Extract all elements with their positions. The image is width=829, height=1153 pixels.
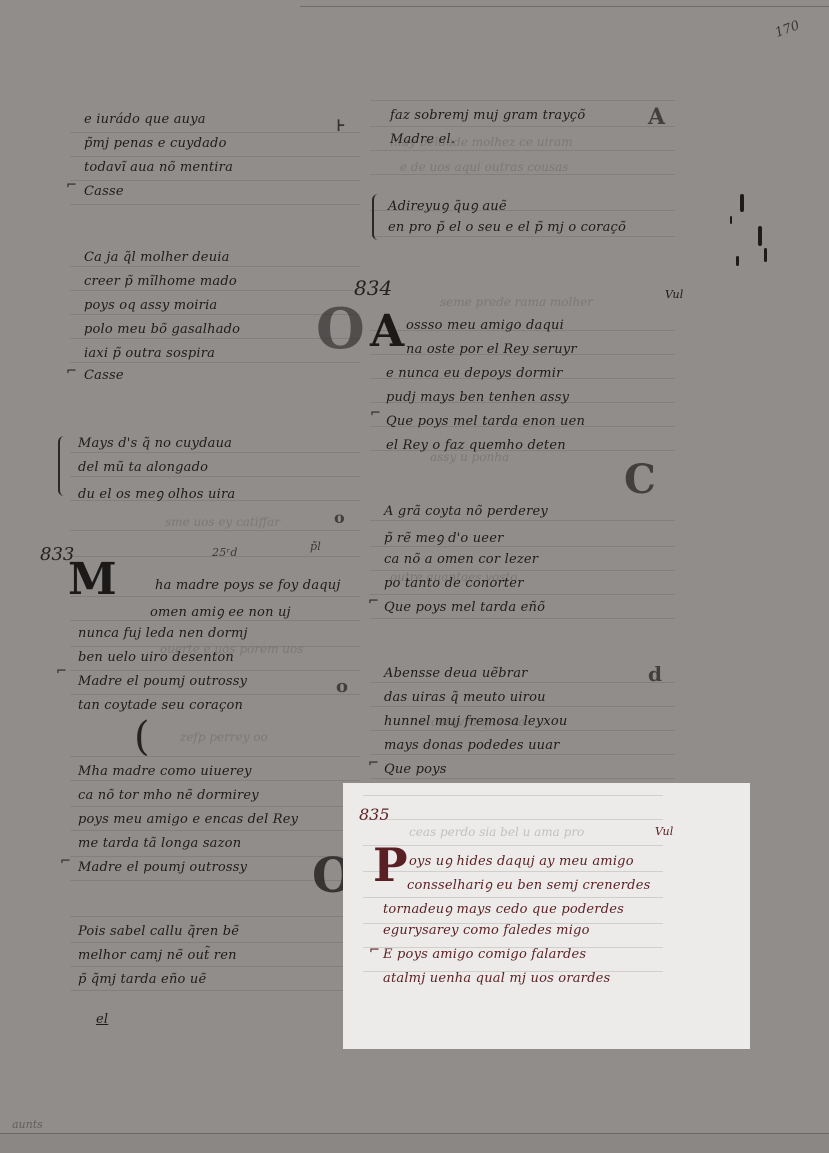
ruling-line: [370, 546, 675, 547]
ruling-line: [70, 670, 360, 671]
paragraph-mark-icon: ⌐: [369, 943, 380, 958]
verse-line: del mũ ta alongado: [78, 460, 208, 475]
guide-letter-mark: (: [134, 714, 150, 760]
bleed-through-text: sme uos ey catiffar: [165, 515, 280, 529]
verse-line: das uiras q̃ meuto uirou: [384, 690, 546, 705]
verse-line: du el os meꝯ olhos uira: [78, 484, 235, 502]
decorated-initial-letter: P: [373, 841, 408, 889]
ruling-line: [70, 780, 360, 781]
highlighted-poem-region: 835 ceas perdo sia bel u ama pro Vul P o…: [343, 783, 750, 1049]
verse-line: Pois sabel callu q̃ren bẽ: [78, 924, 239, 939]
verse-line: ca nõ tor mho nẽ dormirey: [78, 788, 259, 803]
verse-line: poys oq assy moiria: [84, 298, 217, 313]
verse-line: egurysarey como faledes migo: [383, 923, 590, 938]
verse-line: e iurádo que auya: [84, 112, 206, 127]
marginal-note: ṗ̃l: [310, 540, 321, 553]
ruling-line: [70, 942, 360, 943]
marginal-note: Vul: [655, 825, 673, 838]
ruling-line: [370, 594, 675, 595]
ruling-line: [70, 362, 360, 363]
faded-initial-letter: A: [648, 104, 665, 130]
paragraph-mark-icon: ⌐: [368, 594, 379, 609]
ruling-line: [363, 795, 663, 796]
verse-line: Adireyuꝯ q̃uꝯ auẽ: [388, 196, 507, 214]
ruling-line: [70, 476, 360, 477]
paragraph-mark-icon: ⌐: [56, 664, 67, 679]
refrain-line: E poys amigo comigo falardes: [383, 947, 586, 962]
ruling-line: [363, 819, 663, 820]
faded-initial-letter: d: [648, 662, 662, 686]
stanza-bracket: [372, 194, 379, 240]
faded-initial-letter: C: [624, 456, 656, 503]
verse-line: po tanto de conorter: [384, 576, 524, 591]
verse-line: ben uelo uiro desenton: [78, 650, 234, 665]
ruling-line: [370, 174, 675, 175]
paragraph-mark-icon: ⌐: [370, 406, 381, 421]
faded-initial-letter: o: [336, 676, 348, 697]
ruling-line: [370, 730, 675, 731]
verse-line: creer p̃ mĩlhome mado: [84, 274, 237, 289]
ruling-line: [70, 530, 360, 531]
verse-line: ha madre poys se foy daquj: [155, 578, 341, 593]
ruling-line: [70, 830, 360, 831]
refrain-line: Casse: [84, 368, 124, 383]
verse-line: Mays d's q̃ no cuydaua: [78, 436, 232, 451]
verse-line: Madre el.: [390, 132, 455, 147]
verse-line: tornadeuꝯ mays cedo que poderdes: [383, 899, 624, 917]
refrain-line: Madre el poumj outrossy: [78, 860, 247, 875]
verse-line: p̃ q̃mj tarda eño uẽ: [78, 972, 206, 987]
ruling-line: [370, 778, 675, 779]
ruling-line: [370, 618, 675, 619]
ruling-line: [70, 156, 360, 157]
decorated-initial-letter: A: [370, 308, 404, 356]
decorated-initial-letter: M: [68, 556, 113, 604]
faded-initial-letter: O: [316, 296, 365, 362]
ruling-line: [370, 706, 675, 707]
verse-line: pudj mays ben tenhen assy: [386, 390, 569, 405]
ruling-line: [370, 150, 675, 151]
ink-blot: [758, 226, 762, 246]
bleed-through-text: e de uos aqui outras cousas: [400, 160, 568, 174]
bottom-margin-note: aunts: [12, 1118, 43, 1131]
stanza-bracket: [58, 436, 65, 496]
verse-line: atalmj uenha qual mj uos orardes: [383, 971, 610, 986]
verse-line: oys uꝯ hides daquj ay meu amigo: [409, 851, 634, 869]
refrain-line: Casse: [84, 184, 124, 199]
verse-line: na oste por el Rey seruyr: [406, 342, 577, 357]
paragraph-mark-icon: ⌐: [60, 854, 71, 869]
ruling-line: [70, 596, 360, 597]
ruling-line: [70, 756, 360, 757]
ruling-line: [370, 126, 675, 127]
poem-number: 834: [354, 276, 392, 300]
ruling-line: [363, 845, 663, 846]
manuscript-page: 170 muy beldade molhez ce uiram: [0, 0, 829, 1153]
paragraph-mark-icon: ⌐: [66, 364, 77, 379]
verse-line: nunca fuj leda nen dormj: [78, 626, 248, 641]
verse-line: p̃mj penas e cuydado: [84, 136, 227, 151]
page-top-edge: [300, 6, 829, 7]
marginal-note: 25ʳd: [212, 546, 238, 559]
poem-number: 835: [359, 805, 390, 824]
verse-line: e nunca eu depoys dormir: [386, 366, 562, 381]
verse-line: consselhariꝯ eu ben semj crenerdes: [407, 875, 650, 893]
refrain-line: Que poys: [384, 762, 447, 777]
verse-line: Ca ja q̃l molher deuia: [84, 250, 230, 265]
verse-line: p̃ rẽ meꝯ d'o ueer: [384, 528, 504, 546]
verse-line: A grã coyta nõ perderey: [384, 504, 548, 519]
verse-line: melhor camj nẽ out̃ ren: [78, 948, 237, 963]
marginal-mark: ⊦: [336, 116, 346, 135]
verse-line: mays donas podedes uuar: [384, 738, 560, 753]
bleed-through-text: zefp perrey oo: [180, 730, 268, 744]
refrain-line: Madre el poumj outrossy: [78, 674, 247, 689]
verse-line: tan coytade seu coraçon: [78, 698, 243, 713]
ink-blot: [764, 248, 767, 262]
ruling-line: [363, 897, 663, 898]
page-bottom-edge: [0, 1133, 829, 1153]
paragraph-mark-icon: ⌐: [66, 178, 77, 193]
ruling-line: [70, 966, 360, 967]
verse-line: omen amiꝯ ee non uj: [150, 602, 291, 620]
ruling-line: [70, 990, 360, 991]
faded-initial-letter: o: [334, 508, 345, 527]
verse-line: ossso meu amigo daqui: [406, 318, 564, 333]
verse-line: Abensse deua uẽbrar: [384, 666, 528, 681]
verse-line: polo meu bõ gasalhado: [84, 322, 240, 337]
verse-line: me tarda tã longa sazon: [78, 836, 241, 851]
ruling-line: [70, 132, 360, 133]
ruling-line: [370, 682, 675, 683]
ink-blot: [740, 194, 744, 212]
ruling-line: [70, 266, 360, 267]
ruling-line: [70, 452, 360, 453]
refrain-line: Que poys mel tarda eñõ: [384, 600, 545, 615]
closing-mark: el: [96, 1012, 108, 1027]
marginal-note: Vul: [665, 288, 683, 301]
verse-line: Mha madre como uiuerey: [78, 764, 252, 779]
ruling-line: [70, 806, 360, 807]
ruling-line: [363, 871, 663, 872]
verse-line: iaxi p̃ outra sospira: [84, 346, 215, 361]
verse-line: en pro p̃ el o seu e el p̃ mj o coraçõ: [388, 220, 626, 235]
ruling-line: [370, 236, 675, 237]
verse-line: todavĩ aua nõ mentira: [84, 160, 233, 175]
ruling-line: [370, 520, 675, 521]
ink-blot: [730, 216, 732, 224]
ruling-line: [70, 180, 360, 181]
verse-line: faz sobremj muj gram trayçõ: [390, 108, 585, 123]
verse-line: ca nõ a omen cor lezer: [384, 552, 538, 567]
refrain-line: Que poys mel tarda enon uen: [386, 414, 585, 429]
ink-blot: [736, 256, 739, 266]
ruling-line: [70, 204, 360, 205]
bleed-through-text: ceas perdo sia bel u ama pro: [409, 825, 584, 839]
ruling-line: [70, 620, 360, 621]
ruling-line: [370, 754, 675, 755]
paragraph-mark-icon: ⌐: [368, 756, 379, 771]
verse-line: el Rey o faz quemho deten: [386, 438, 566, 453]
verse-line: poys meu amigo e encas del Rey: [78, 812, 298, 827]
folio-number: 170: [773, 18, 801, 41]
ruling-line: [370, 100, 675, 101]
ruling-line: [70, 916, 360, 917]
ruling-line: [70, 290, 360, 291]
verse-line: hunnel muj fremosa leyxou: [384, 714, 568, 729]
ruling-line: [70, 694, 360, 695]
bleed-through-text: seme prede rama molher: [440, 295, 593, 309]
